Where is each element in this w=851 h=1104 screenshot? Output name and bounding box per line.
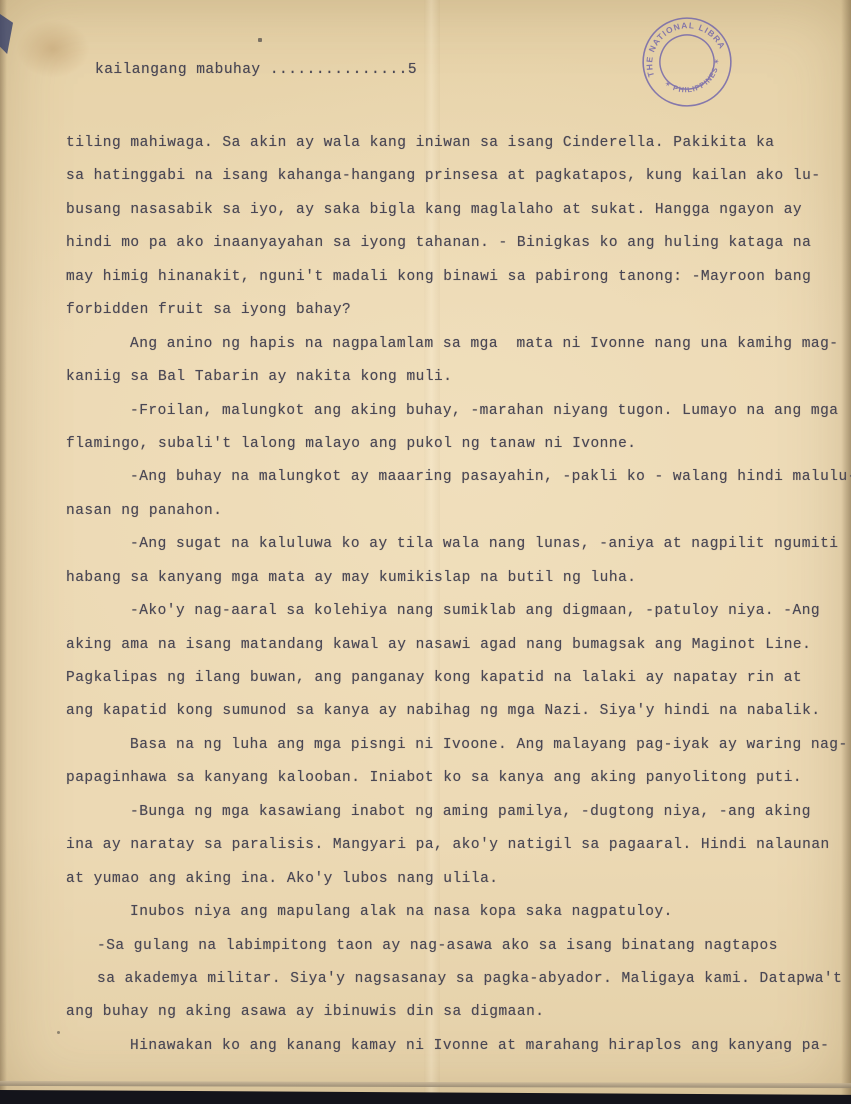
- text-line: ang kapatid kong sumunod sa kanya ay nab…: [66, 695, 843, 728]
- body-text: tiling mahiwaga. Sa akin ay wala kang in…: [66, 127, 843, 1063]
- text-line: Pagkalipas ng ilang buwan, ang panganay …: [66, 662, 843, 695]
- text-line: Basa na ng luha ang mga pisngi ni Ivoone…: [130, 729, 843, 762]
- text-line: aking ama na isang matandang kawal ay na…: [66, 629, 843, 662]
- text-line: flamingo, subali't lalong malayo ang puk…: [66, 428, 843, 461]
- text-line: -Froilan, malungkot ang aking buhay, -ma…: [130, 395, 843, 428]
- text-line: -Sa gulang na labimpitong taon ay nag-as…: [97, 930, 843, 963]
- paper-left-edge-shadow: [0, 0, 7, 1104]
- text-line: -Ang sugat na kaluluwa ko ay tila wala n…: [130, 528, 843, 561]
- text-line: tiling mahiwaga. Sa akin ay wala kang in…: [66, 127, 843, 160]
- text-line: -Ako'y nag-aaral sa kolehiya nang sumikl…: [130, 595, 843, 628]
- text-line: habang sa kanyang mga mata ay may kumiki…: [66, 562, 843, 595]
- paper-stain: [16, 20, 90, 78]
- text-line: -Ang buhay na malungkot ay maaaring pasa…: [130, 461, 843, 494]
- text-line: sa hatinggabi na isang kahanga-hangang p…: [66, 160, 843, 193]
- text-line: hindi mo pa ako inaanyayahan sa iyong ta…: [66, 227, 843, 260]
- text-line: ang buhay ng aking asawa ay ibinuwis din…: [66, 996, 843, 1029]
- text-line: Hinawakan ko ang kanang kamay ni Ivonne …: [130, 1030, 843, 1063]
- text-line: papaginhawa sa kanyang kalooban. Iniabot…: [66, 762, 843, 795]
- text-line: at yumao ang aking ina. Ako'y lubos nang…: [66, 863, 843, 896]
- ink-speck: [57, 1031, 60, 1034]
- text-line: forbidden fruit sa iyong bahay?: [66, 294, 843, 327]
- text-line: Inubos niya ang mapulang alak na nasa ko…: [130, 896, 843, 929]
- text-line: kaniig sa Bal Tabarin ay nakita kong mul…: [66, 361, 843, 394]
- stamp-arc-bottom-text: ✶ PHILIPPINES ✶: [660, 54, 731, 104]
- text-line: Ang anino ng hapis na nagpalamlam sa mga…: [130, 328, 843, 361]
- text-line: busang nasasabik sa iyo, ay saka bigla k…: [66, 194, 843, 227]
- corner-ink-mark: [0, 14, 13, 54]
- text-line: may himig hinanakit, nguni't madali kong…: [66, 261, 843, 294]
- scanned-document-page: kailangang mabuhay ...............5 THE …: [0, 0, 851, 1104]
- ink-speck: [258, 38, 262, 42]
- text-line: ina ay naratay sa paralisis. Mangyari pa…: [66, 829, 843, 862]
- text-line: sa akademya militar. Siya'y nagsasanay s…: [97, 963, 843, 996]
- page-header-title: kailangang mabuhay ...............5: [95, 62, 417, 78]
- text-line: -Bunga ng mga kasawiang inabot ng aming …: [130, 796, 843, 829]
- national-library-stamp: THE NATIONAL LIBRARY ✶ PHILIPPINES ✶: [614, 0, 760, 135]
- text-line: nasan ng panahon.: [66, 495, 843, 528]
